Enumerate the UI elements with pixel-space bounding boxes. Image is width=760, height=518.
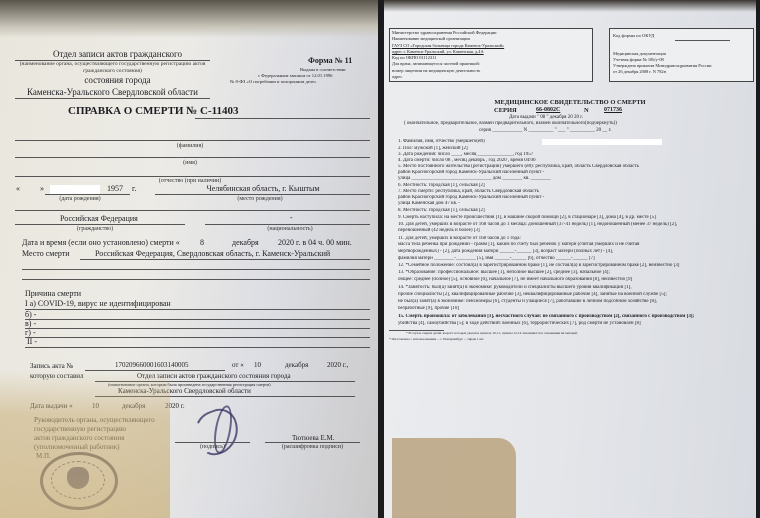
- org-name: ГАУЗ СО «Городская больница города Камен…: [392, 43, 504, 49]
- underline: [205, 224, 370, 225]
- cause-v: в) -: [25, 319, 36, 328]
- series-label: СЕРИЯ: [494, 107, 517, 114]
- nationality: -: [290, 213, 293, 222]
- birth-day-open: «: [16, 184, 20, 193]
- death-datetime-label: Дата и время (если оно установлено) смер…: [22, 238, 180, 247]
- redacted-birth-month: [50, 185, 100, 194]
- underline: [22, 269, 370, 270]
- underline: [265, 442, 360, 443]
- org-name-line-1: Отдел записи актов гражданского: [30, 49, 205, 59]
- header-right-text: Медицинская документация Учетная форма №…: [613, 51, 712, 75]
- official-seal-stamp: [40, 452, 118, 510]
- caption-signer: (расшифровка подписи): [270, 444, 355, 450]
- underline: [25, 309, 370, 310]
- item-12: 12. *Семейное положение: состоял(а) в за…: [398, 263, 750, 269]
- head-title-1: Руководитель органа, осуществляющего: [34, 416, 155, 424]
- record-month: декабря: [285, 361, 308, 369]
- birth-day-close: »: [40, 184, 44, 193]
- item-15: 15. Смерть произошла: от заболевания [1]…: [398, 314, 750, 320]
- footnote-2: * Изготовлено с использованием ... г. Ек…: [389, 337, 484, 341]
- issue-label: Дата выдачи «: [30, 402, 73, 410]
- compiled-by: Отдел записи актов гражданского состояни…: [137, 372, 291, 380]
- background-shadow: [0, 0, 378, 38]
- number-label: N: [584, 107, 589, 114]
- item-14: 14. *Занятость: был(а) занят(а) в эконом…: [398, 285, 750, 291]
- header-left-text: Министерство здравоохранения Российской …: [392, 30, 504, 80]
- cause-1a: I а) COVID-19, вирус не идентифицирован: [25, 299, 171, 308]
- underline: [25, 347, 370, 348]
- item-14-other: безработные [9], прочие [10]: [398, 306, 750, 312]
- underline: [80, 259, 370, 260]
- compiled-by-label: которую составил: [30, 372, 84, 380]
- record-from: от «: [232, 361, 244, 369]
- record-day: 10: [254, 361, 261, 369]
- document-title: СПРАВКА О СМЕРТИ № С-11403: [68, 105, 239, 117]
- number-value: 071736: [604, 107, 622, 113]
- birth-place: Челябинская область, г. Кыштым: [158, 184, 368, 193]
- patronymic-field: [15, 176, 370, 177]
- item-10-cont: переношенный (42 недель и более) [3]: [398, 228, 750, 234]
- caption-name: (имя): [160, 160, 220, 166]
- issue-date: Дата выдачи " 08 " декабря 20 20 г.: [509, 115, 583, 120]
- org-name-line-3: Каменска-Уральского Свердловской области: [15, 87, 210, 97]
- certificate-type: ( окончательное, предварительное, взамен…: [404, 121, 617, 126]
- underline: [22, 279, 370, 280]
- underline: [95, 396, 355, 397]
- year-suffix: г.: [132, 184, 136, 193]
- holding-hand: [392, 438, 516, 518]
- death-day: 8: [200, 238, 204, 247]
- record-year: 2020 г.,: [327, 361, 348, 369]
- record-label: Запись акта №: [30, 362, 73, 370]
- record-number: 170209660001603140005: [115, 361, 189, 369]
- compiled-by-2: Каменска-Уральского Свердловской области: [118, 387, 251, 395]
- death-certificate-form-11: Отдел записи актов гражданского (наимено…: [0, 0, 378, 518]
- certificate-title: МЕДИЦИНСКОЕ СВИДЕТЕЛЬСТВО О СМЕРТИ: [384, 99, 756, 106]
- underline: [155, 194, 370, 195]
- name-field: [15, 157, 370, 158]
- item-8: 8. Местность: городская [1], сельская [2…: [398, 208, 750, 214]
- citizenship: Российская Федерация: [60, 214, 138, 223]
- underline: [85, 370, 225, 371]
- caption-surname: (фамилия): [160, 143, 220, 149]
- okud-field: [675, 40, 730, 41]
- header-right-box: Код формы по ОКУД Медицинская документац…: [609, 28, 754, 82]
- redacted-name: [542, 139, 662, 145]
- surname-field: [15, 140, 370, 141]
- cause-label: Причина смерти: [25, 289, 81, 298]
- background-shadow: [384, 0, 756, 12]
- series-value: 66-0802С: [536, 107, 560, 113]
- caption-birth-place: (место рождения): [230, 196, 290, 202]
- coat-of-arms-icon: [67, 467, 89, 489]
- underline: [15, 98, 210, 99]
- underline: [15, 224, 185, 225]
- underline: [25, 328, 370, 329]
- item-7-street: улица Каменская дом 47 кв. -: [398, 201, 750, 207]
- underline: [25, 319, 370, 320]
- caption-nationality: (национальность): [260, 226, 320, 232]
- item-11-mother: мертворожденных) - [2], дата рождения ма…: [398, 249, 750, 255]
- death-year-time: 2020 г. в 04 ч. 00 мин.: [278, 238, 352, 247]
- item-13-general: общее: среднее (полное) [5], основное [6…: [398, 277, 750, 283]
- issue-month: декабря: [122, 402, 145, 410]
- issue-year: 2020 г.: [165, 402, 185, 410]
- signer-name: Тютюева Е.М.: [292, 434, 335, 442]
- item-14-not-employed: не был(а) занят(а) в экономике: пенсионе…: [398, 299, 750, 305]
- signature-field: [175, 442, 250, 443]
- previous-certificate: серия ____________ N __________ " ___ " …: [479, 128, 611, 133]
- item-13: 13. *Образование: профессиональное: высш…: [398, 270, 750, 276]
- form-basis-3: № 8-ФЗ «О погребении и похоронном деле»: [230, 79, 316, 85]
- head-title-3: актов гражданского состояния: [34, 434, 124, 442]
- caption-signature: (подпись): [190, 444, 235, 450]
- underline: [45, 194, 130, 195]
- footnote-1: * В случае смерти детей, возраст которых…: [406, 331, 578, 335]
- caption-citizenship: (гражданство): [70, 226, 120, 232]
- item-11-mother-name: фамилия матери ________-________ [5], им…: [398, 256, 750, 262]
- death-place: Российская Федерация, Свердловская облас…: [95, 249, 330, 258]
- issue-day: 10: [92, 402, 99, 410]
- item-14-cont: прочие специалисты [2], квалифицированны…: [398, 292, 750, 298]
- header-left-box: Министерство здравоохранения Российской …: [389, 28, 593, 82]
- form-number: Форма № 11: [308, 56, 352, 65]
- item-9: 9. Смерть наступила: на месте происшеств…: [398, 215, 750, 221]
- item-15-cont: убийства [4], самоубийства [5]; в ходе д…: [398, 321, 750, 327]
- org-caption: (наименование органа, осуществляющего го…: [10, 61, 215, 75]
- stamp-label: М.П.: [36, 452, 51, 460]
- head-title-2: государственную регистрацию: [34, 425, 126, 433]
- cause-ii: II -: [27, 337, 37, 346]
- org-name-line-2: состояния города: [30, 75, 205, 85]
- approval-date: от 26 декабря 2008 г. N 782н: [613, 69, 712, 75]
- item-11-weight: масса тела ребенка при рождении - грамм …: [398, 242, 750, 248]
- death-month: декабря: [232, 238, 259, 247]
- underline: [195, 118, 370, 119]
- cause-b: б) -: [25, 310, 36, 319]
- underline: [15, 210, 370, 211]
- caption-birth-date: (дата рождения): [50, 196, 110, 202]
- medical-death-certificate: Министерство здравоохранения Российской …: [384, 0, 756, 518]
- item-5-street: улица ________________________________ д…: [398, 176, 750, 182]
- birth-year: 1957: [107, 184, 123, 193]
- underline: [25, 337, 370, 338]
- okud-label: Код формы по ОКУД: [613, 33, 654, 38]
- address-label: адрес: [392, 74, 504, 80]
- cause-g: г) -: [25, 328, 36, 337]
- death-place-label: Место смерти: [22, 249, 70, 258]
- head-title-4: (уполномоченный работник): [34, 443, 120, 451]
